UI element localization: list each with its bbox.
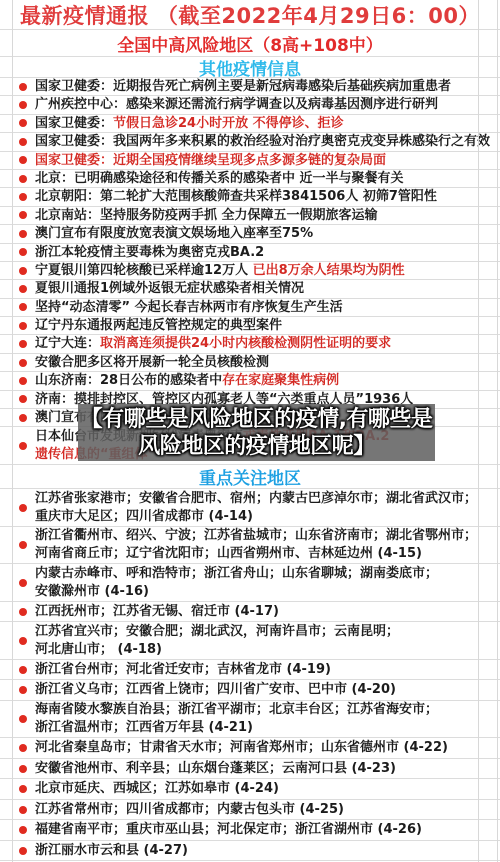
plain-text: 河北省秦皇岛市；甘肃省天水市；河南省郑州市；山东省德州市 (4-22): [35, 740, 448, 755]
bullet-icon: [19, 303, 27, 311]
bullet-icon: [19, 248, 27, 256]
plain-text: 河北唐山市； (4-18): [35, 642, 162, 657]
plain-text: 安徽滁州市 (4-16): [35, 584, 149, 599]
list-item-text: 浙江本轮疫情主要毒株为奥密克戎BA.2: [35, 244, 496, 261]
bulletin-item: 北京朝阳：第二轮扩大范围核酸筛查共采样3841506人 初筛7管阳性: [0, 188, 500, 206]
focus-item: 浙江丽水市云和县 (4-27): [0, 841, 500, 862]
focus-item: 河北省秦皇岛市；甘肃省天水市；河南省郑州市；山东省德州市 (4-22): [0, 738, 500, 759]
bullet-icon: [19, 119, 27, 127]
list-item-text: 国家卫健委：我国两年多来积累的救治经验对治疗奥密克戎变异株感染行之有效: [35, 133, 496, 150]
focus-item: 浙江省台州市；河北省迁安市；吉林省龙市 (4-19): [0, 660, 500, 681]
other-info-banner: 其他疫情信息: [0, 57, 500, 78]
plain-text: 江苏省常州市；四川省成都市；内蒙古包头市 (4-25): [35, 802, 344, 817]
plain-text: 宁夏银川第四轮核酸已采样逾12万人: [35, 263, 253, 278]
bullet-icon: [19, 847, 27, 855]
bulletin-item: 澳门宣布有限度放宽表演文娱场地入座率至75%: [0, 225, 500, 243]
list-item-text: 北京：已明确感染途径和传播关系的感染者中 近一半与聚餐有关: [35, 170, 496, 187]
list-item-text: 河南省商丘市；辽宁省沈阳市；山西省朔州市、吉林延边州 (4-15): [35, 545, 496, 563]
plain-text: 澳门宣布有限度放宽表演文娱场地入座率至75%: [35, 226, 313, 241]
bullet-icon: [19, 608, 27, 616]
bulletin-item: 国家卫健委：近期全国疫情继续呈现多点多源多链的复杂局面: [0, 152, 500, 170]
bullet-icon: [19, 230, 27, 238]
bulletin-item: 国家卫健委：我国两年多来积累的救治经验对治疗奥密克戎变异株感染行之有效: [0, 133, 500, 151]
focus-item: 北京市延庆、西城区；江苏如皋市 (4-24): [0, 779, 500, 800]
highlighted-text: 国家卫健委：近期全国疫情继续呈现多点多源多链的复杂局面: [35, 153, 386, 168]
list-item-text: 辽宁丹东通报两起违反管控规定的典型案件: [35, 317, 496, 334]
bullet-icon: [19, 101, 27, 109]
list-item-text: 坚持“动态清零” 今起长春吉林两市有序恢复生产生活: [35, 299, 496, 316]
list-item-text: 安徽省池州市、利辛县；山东烟台蓬莱区；云南河口县 (4-23): [35, 760, 496, 778]
plain-text: 江苏省宜兴市；安徽合肥；湖北武汉，河南许昌市；云南昆明；: [35, 624, 399, 639]
plain-text: 海南省陵水黎族自治县；浙江省平湖市；北京丰台区；江苏省海安市；: [35, 702, 438, 717]
bulletin-sheet: 最新疫情通报 （截至2022年4月29日6：00） 全国中高风险地区（8高+10…: [0, 0, 500, 862]
bullet-icon: [19, 377, 27, 385]
bulletin-item: 北京南站：坚持服务防疫两手抓 全力保障五一假期旅客运输: [0, 207, 500, 225]
list-item-text: 江苏省宜兴市；安徽合肥；湖北武汉，河南许昌市；云南昆明；: [35, 623, 496, 641]
bullet-icon: [19, 442, 27, 450]
bullet-icon: [19, 504, 27, 512]
list-item-text: 浙江省台州市；河北省迁安市；吉林省龙市 (4-19): [35, 661, 496, 679]
bullet-icon: [19, 637, 27, 645]
bullet-icon: [19, 666, 27, 674]
watermark-line-1: 【有哪些是风险地区的疫情,有哪些是: [81, 406, 433, 433]
list-item-text: 江苏省常州市；四川省成都市；内蒙古包头市 (4-25): [35, 801, 496, 819]
bulletin-item: 辽宁丹东通报两起违反管控规定的典型案件: [0, 317, 500, 335]
plain-text: 福建省南平市；重庆市巫山县；河北保定市；浙江省湖州市 (4-26): [35, 822, 422, 837]
list-item-text: 浙江丽水市云和县 (4-27): [35, 842, 496, 860]
focus-item: 内蒙古赤峰市、呼和浩特市；浙江省舟山；山东省聊城；湖南娄底市；安徽滁州市 (4-…: [0, 564, 500, 602]
bullet-icon: [19, 414, 27, 422]
watermark-overlay: 【有哪些是风险地区的疫情,有哪些是 风险地区的疫情地区呢】: [78, 404, 435, 461]
focus-item: 江苏省张家港市；安徽省合肥市、宿州；内蒙古巴彦淖尔市；湖北省武汉市；重庆市大足区…: [0, 489, 500, 527]
bullet-icon: [19, 785, 27, 793]
list-item-text: 浙江省义乌市；江西省上饶市；四川省广安市、巴中市 (4-20): [35, 681, 496, 699]
bullet-icon: [19, 285, 27, 293]
bullet-icon: [19, 193, 27, 201]
bulletin-item: 山东济南：28日公布的感染者中存在家庭聚集性病例: [0, 372, 500, 390]
watermark-line-2: 风险地区的疫情地区呢】: [138, 433, 375, 460]
bullet-icon: [19, 83, 27, 91]
bullet-icon: [19, 744, 27, 752]
list-item-text: 北京南站：坚持服务防疫两手抓 全力保障五一假期旅客运输: [35, 207, 496, 224]
list-item-text: 国家卫健委：近期报告死亡病例主要是新冠病毒感染后基础疾病加重患者: [35, 78, 496, 95]
focus-item: 浙江省衢州市、绍兴、宁波；江苏省盐城市；山东省济南市；湖北省鄂州市；河南省商丘市…: [0, 527, 500, 565]
bulletin-item: 浙江本轮疫情主要毒株为奥密克戎BA.2: [0, 244, 500, 262]
risk-banner: 全国中高风险地区（8高+108中）: [0, 30, 500, 57]
plain-text: 北京南站：坚持服务防疫两手抓 全力保障五一假期旅客运输: [35, 208, 378, 223]
highlighted-text: 取消离连须提供24小时内核酸检测阴性证明的要求: [100, 336, 391, 351]
bullet-icon: [19, 826, 27, 834]
highlighted-text: 节假日急诊24小时开放 不得停诊、拒诊: [113, 116, 344, 131]
focus-item: 江西抚州市；江苏省无锡、宿迁市 (4-17): [0, 602, 500, 623]
bulletin-item: 国家卫健委：节假日急诊24小时开放 不得停诊、拒诊: [0, 115, 500, 133]
plain-text: 辽宁大连：: [35, 336, 100, 351]
list-item-text: 福建省南平市；重庆市巫山县；河北保定市；浙江省湖州市 (4-26): [35, 821, 496, 839]
bulletin-item: 北京：已明确感染途径和传播关系的感染者中 近一半与聚餐有关: [0, 170, 500, 188]
list-item-text: 浙江省衢州市、绍兴、宁波；江苏省盐城市；山东省济南市；湖北省鄂州市；: [35, 527, 496, 545]
focus-item: 福建省南平市；重庆市巫山县；河北保定市；浙江省湖州市 (4-26): [0, 820, 500, 841]
list-item-text: 海南省陵水黎族自治县；浙江省平湖市；北京丰台区；江苏省海安市；: [35, 701, 496, 719]
plain-text: 坚持“动态清零” 今起长春吉林两市有序恢复生产生活: [35, 300, 343, 315]
bullet-icon: [19, 267, 27, 275]
bulletin-item: 安徽合肥多区将开展新一轮全员核酸检测: [0, 354, 500, 372]
bullet-icon: [19, 156, 27, 164]
list-item-text: 浙江省温州市；江西省万年县 (4-21): [35, 719, 496, 737]
page-title: 最新疫情通报 （截至2022年4月29日6：00）: [0, 0, 500, 30]
list-item-text: 澳门宣布有限度放宽表演文娱场地入座率至75%: [35, 225, 496, 242]
plain-text: 北京：已明确感染途径和传播关系的感染者中 近一半与聚餐有关: [35, 171, 404, 186]
bullet-icon: [19, 175, 27, 183]
list-item-text: 北京市延庆、西城区；江苏如皋市 (4-24): [35, 780, 496, 798]
plain-text: 浙江省台州市；河北省迁安市；吉林省龙市 (4-19): [35, 662, 331, 677]
plain-text: 国家卫健委：: [35, 116, 113, 131]
list-item-text: 北京朝阳：第二轮扩大范围核酸筛查共采样3841506人 初筛7管阳性: [35, 188, 496, 205]
plain-text: 北京朝阳：第二轮扩大范围核酸筛查共采样3841506人 初筛7管阳性: [35, 189, 437, 204]
bullet-icon: [19, 340, 27, 348]
plain-text: 辽宁丹东通报两起违反管控规定的典型案件: [35, 318, 282, 333]
plain-text: 河南省商丘市；辽宁省沈阳市；山西省朔州市、吉林延边州 (4-15): [35, 546, 422, 561]
plain-text: 浙江丽水市云和县 (4-27): [35, 843, 188, 858]
list-item-text: 河北唐山市； (4-18): [35, 641, 496, 659]
list-item-text: 安徽滁州市 (4-16): [35, 583, 496, 601]
focus-item: 安徽省池州市、利辛县；山东烟台蓬莱区；云南河口县 (4-23): [0, 759, 500, 780]
highlighted-text: 已出8万余人结果均为阴性: [253, 263, 405, 278]
focus-item: 江苏省常州市；四川省成都市；内蒙古包头市 (4-25): [0, 800, 500, 821]
bullet-icon: [19, 715, 27, 723]
list-item-text: 国家卫健委：近期全国疫情继续呈现多点多源多链的复杂局面: [35, 152, 496, 169]
list-item-text: 夏银川通报1例域外返银无症状感染者相关情况: [35, 280, 496, 297]
list-item-text: 宁夏银川第四轮核酸已采样逾12万人 已出8万余人结果均为阴性: [35, 262, 496, 279]
bulletin-item: 坚持“动态清零” 今起长春吉林两市有序恢复生产生活: [0, 299, 500, 317]
list-item-text: 江西抚州市；江苏省无锡、宿迁市 (4-17): [35, 603, 496, 621]
plain-text: 国家卫健委：近期报告死亡病例主要是新冠病毒感染后基础疾病加重患者: [35, 79, 451, 94]
gridline-vertical-right: [478, 0, 479, 862]
bullet-icon: [19, 322, 27, 330]
bullet-icon: [19, 579, 27, 587]
list-item-text: 山东济南：28日公布的感染者中存在家庭聚集性病例: [35, 372, 496, 389]
list-item-text: 重庆市大足区；四川省成都市 (4-14): [35, 508, 496, 526]
plain-text: 浙江省温州市；江西省万年县 (4-21): [35, 720, 253, 735]
plain-text: 北京市延庆、西城区；江苏如皋市 (4-24): [35, 781, 279, 796]
plain-text: 内蒙古赤峰市、呼和浩特市；浙江省舟山；山东省聊城；湖南娄底市；: [35, 566, 438, 581]
bullet-icon: [19, 541, 27, 549]
list-item-text: 广州疾控中心：感染来源还需流行病学调查以及病毒基因测序进行研判: [35, 96, 496, 113]
gridline-vertical-edge: [497, 0, 498, 862]
bulletin-item: 广州疾控中心：感染来源还需流行病学调查以及病毒基因测序进行研判: [0, 96, 500, 114]
focus-item: 海南省陵水黎族自治县；浙江省平湖市；北京丰台区；江苏省海安市；浙江省温州市；江西…: [0, 701, 500, 739]
bullet-icon: [19, 395, 27, 403]
list-item-text: 江苏省张家港市；安徽省合肥市、宿州；内蒙古巴彦淖尔市；湖北省武汉市；: [35, 490, 496, 508]
bullet-icon: [19, 686, 27, 694]
focus-item: 江苏省宜兴市；安徽合肥；湖北武汉，河南许昌市；云南昆明；河北唐山市； (4-18…: [0, 622, 500, 660]
plain-text: 重庆市大足区；四川省成都市 (4-14): [35, 509, 253, 524]
plain-text: 广州疾控中心：感染来源还需流行病学调查以及病毒基因测序进行研判: [35, 97, 438, 112]
list-item-text: 国家卫健委：节假日急诊24小时开放 不得停诊、拒诊: [35, 115, 496, 132]
highlighted-text: 存在家庭聚集性病例: [222, 373, 339, 388]
bulletin-item: 辽宁大连：取消离连须提供24小时内核酸检测阴性证明的要求: [0, 335, 500, 353]
focus-item: 浙江省义乌市；江西省上饶市；四川省广安市、巴中市 (4-20): [0, 680, 500, 701]
list-item-text: 内蒙古赤峰市、呼和浩特市；浙江省舟山；山东省聊城；湖南娄底市；: [35, 565, 496, 583]
bulletin-item: 夏银川通报1例域外返银无症状感染者相关情况: [0, 280, 500, 298]
plain-text: 江苏省张家港市；安徽省合肥市、宿州；内蒙古巴彦淖尔市；湖北省武汉市；: [35, 491, 477, 506]
plain-text: 山东济南：28日公布的感染者中: [35, 373, 222, 388]
plain-text: 江西抚州市；江苏省无锡、宿迁市 (4-17): [35, 604, 279, 619]
plain-text: 安徽合肥多区将开展新一轮全员核酸检测: [35, 355, 269, 370]
bulletin-item: 宁夏银川第四轮核酸已采样逾12万人 已出8万余人结果均为阴性: [0, 262, 500, 280]
plain-text: 安徽省池州市、利辛县；山东烟台蓬莱区；云南河口县 (4-23): [35, 761, 396, 776]
plain-text: 浙江省衢州市、绍兴、宁波；江苏省盐城市；山东省济南市；湖北省鄂州市；: [35, 528, 477, 543]
bullet-icon: [19, 359, 27, 367]
bullet-icon: [19, 806, 27, 814]
bullet-icon: [19, 138, 27, 146]
plain-text: 国家卫健委：我国两年多来积累的救治经验对治疗奥密克戎变异株感染行之有效: [35, 134, 490, 149]
focus-list: 江苏省张家港市；安徽省合肥市、宿州；内蒙古巴彦淖尔市；湖北省武汉市；重庆市大足区…: [0, 489, 500, 861]
bulletin-item: 国家卫健委：近期报告死亡病例主要是新冠病毒感染后基础疾病加重患者: [0, 78, 500, 96]
list-item-text: 辽宁大连：取消离连须提供24小时内核酸检测阴性证明的要求: [35, 335, 496, 352]
plain-text: 夏银川通报1例域外返银无症状感染者相关情况: [35, 281, 304, 296]
gridline-vertical-left: [12, 0, 13, 862]
focus-banner: 重点关注地区: [0, 465, 500, 489]
plain-text: 浙江本轮疫情主要毒株为奥密克戎BA.2: [35, 245, 264, 260]
list-item-text: 河北省秦皇岛市；甘肃省天水市；河南省郑州市；山东省德州市 (4-22): [35, 739, 496, 757]
list-item-text: 安徽合肥多区将开展新一轮全员核酸检测: [35, 354, 496, 371]
bullet-icon: [19, 211, 27, 219]
plain-text: 浙江省义乌市；江西省上饶市；四川省广安市、巴中市 (4-20): [35, 682, 396, 697]
bullet-icon: [19, 765, 27, 773]
